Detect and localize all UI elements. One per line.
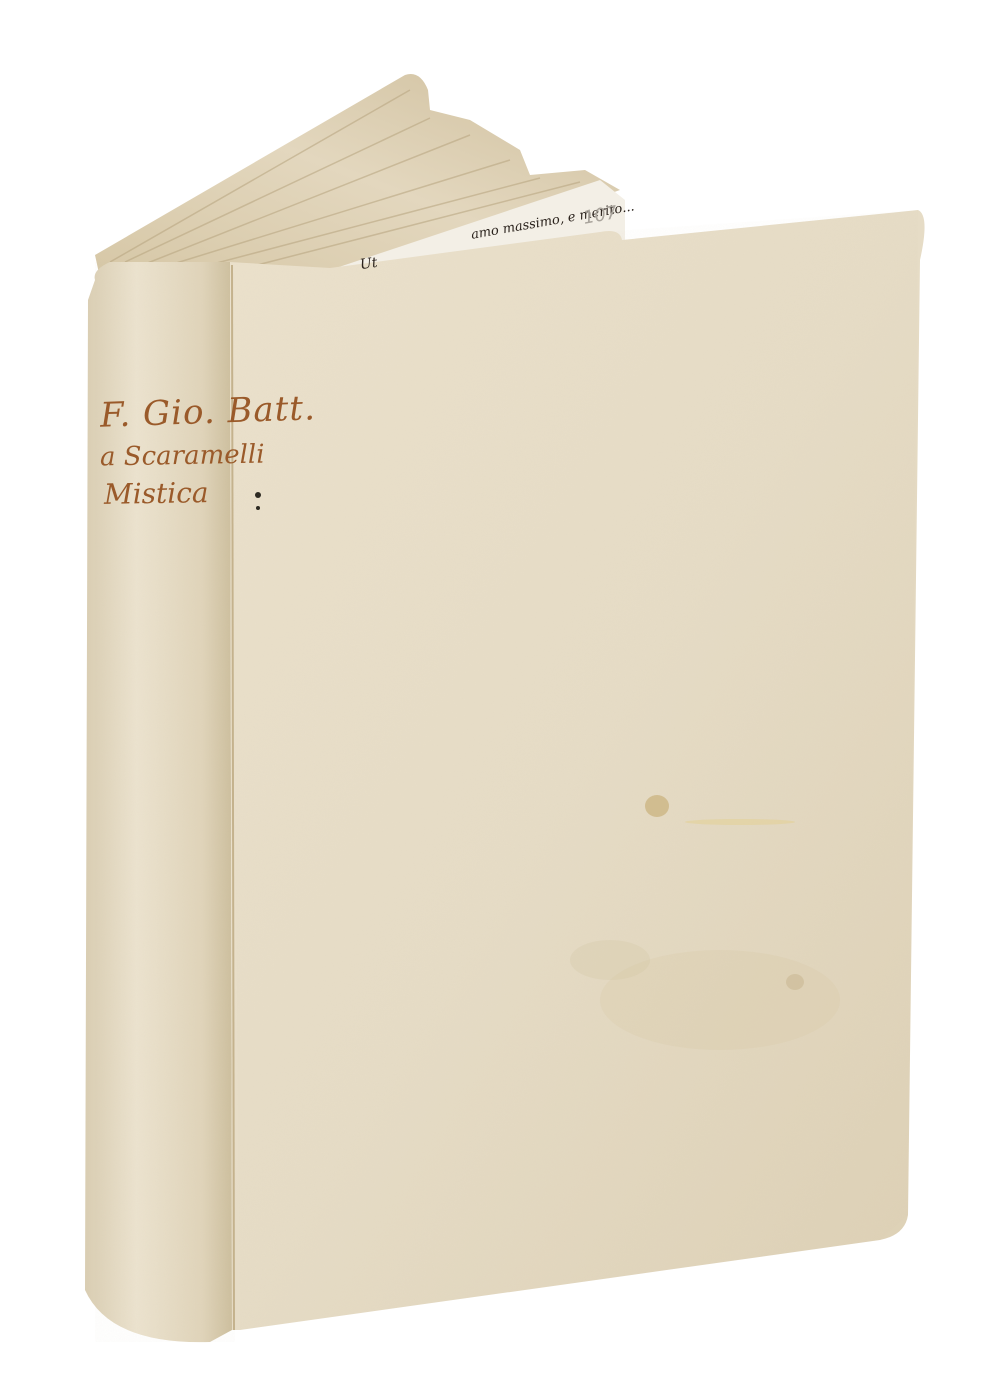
- book-illustration: [0, 0, 1000, 1397]
- book-photo: F. Gio. Batt. a Scaramelli Mistica amo m…: [0, 0, 1000, 1397]
- spine-title-word: Mistica: [104, 479, 209, 509]
- spine-author-line: F. Gio. Batt.: [99, 391, 316, 433]
- leaf-margin-mark: Ut: [359, 255, 378, 273]
- stain-spot: [645, 795, 669, 817]
- spine-author-surname: a Scaramelli: [100, 442, 265, 471]
